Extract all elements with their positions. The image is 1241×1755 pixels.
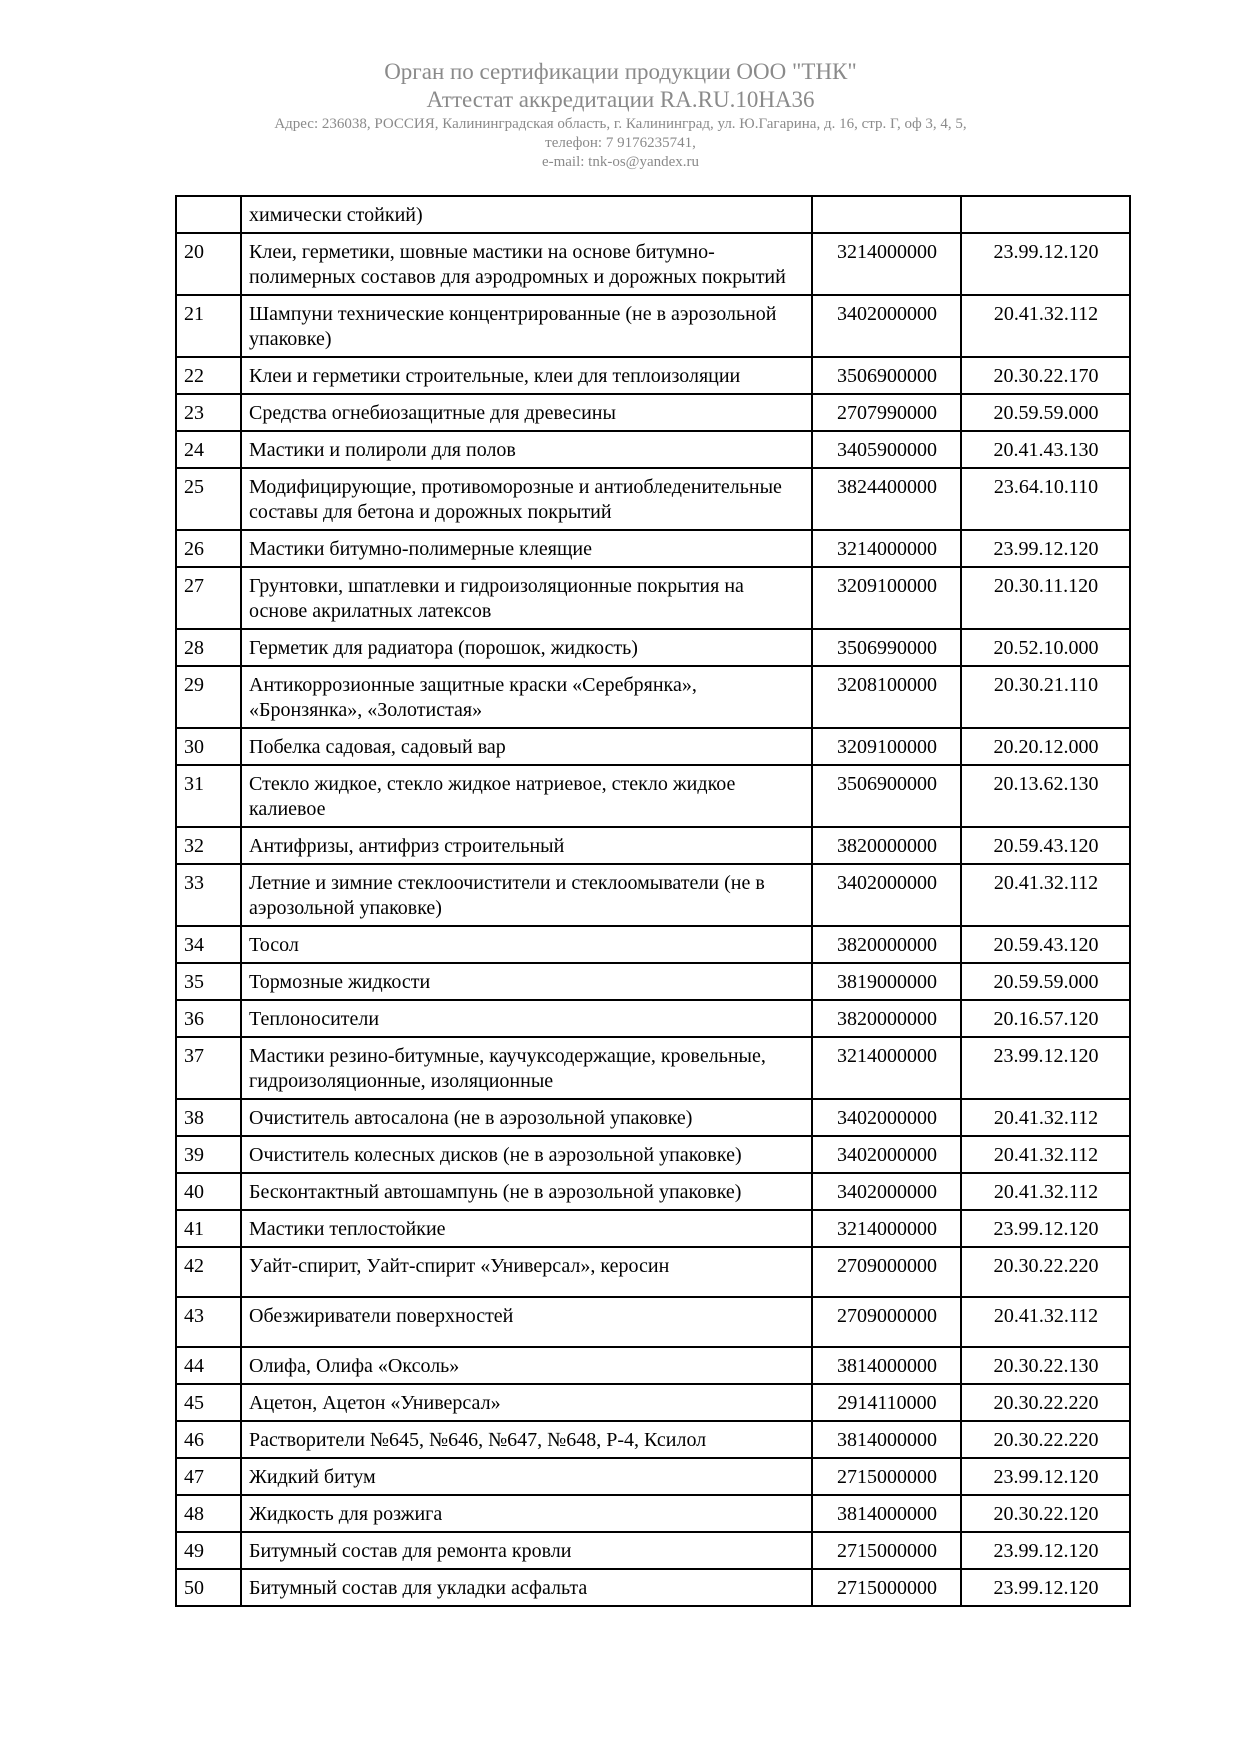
row-number (176, 196, 241, 233)
tnved-code: 3824400000 (812, 468, 961, 530)
row-number: 27 (176, 567, 241, 629)
okpd2-code: 20.59.43.120 (961, 827, 1130, 864)
table-row: 35Тормозные жидкости381900000020.59.59.0… (176, 963, 1130, 1000)
table-row: 28Герметик для радиатора (порошок, жидко… (176, 629, 1130, 666)
row-number: 48 (176, 1495, 241, 1532)
product-name: Мастики теплостойкие (241, 1210, 812, 1247)
okpd2-code: 20.41.32.112 (961, 295, 1130, 357)
okpd2-code: 20.41.32.112 (961, 1099, 1130, 1136)
table-row: 45Ацетон, Ацетон «Универсал»291411000020… (176, 1384, 1130, 1421)
okpd2-code: 20.30.11.120 (961, 567, 1130, 629)
row-number: 34 (176, 926, 241, 963)
okpd2-code: 23.99.12.120 (961, 1037, 1130, 1099)
okpd2-code: 23.99.12.120 (961, 1210, 1130, 1247)
tnved-code: 3814000000 (812, 1495, 961, 1532)
okpd2-code: 23.99.12.120 (961, 1532, 1130, 1569)
row-number: 28 (176, 629, 241, 666)
page-header: Орган по сертификации продукции ООО "ТНК… (0, 58, 1241, 172)
tnved-code (812, 196, 961, 233)
product-name: Очиститель колесных дисков (не в аэрозол… (241, 1136, 812, 1173)
tnved-code: 3214000000 (812, 530, 961, 567)
tnved-code: 3405900000 (812, 431, 961, 468)
okpd2-code: 20.41.43.130 (961, 431, 1130, 468)
okpd2-code: 23.64.10.110 (961, 468, 1130, 530)
product-name: Средства огнебиозащитные для древесины (241, 394, 812, 431)
tnved-code: 3820000000 (812, 827, 961, 864)
tnved-code: 3820000000 (812, 1000, 961, 1037)
table-row: 48Жидкость для розжига381400000020.30.22… (176, 1495, 1130, 1532)
row-number: 24 (176, 431, 241, 468)
row-number: 25 (176, 468, 241, 530)
row-number: 36 (176, 1000, 241, 1037)
product-name: Уайт-спирит, Уайт-спирит «Универсал», ке… (241, 1247, 812, 1297)
product-name: Обезжириватели поверхностей (241, 1297, 812, 1347)
okpd2-code: 20.13.62.130 (961, 765, 1130, 827)
product-name: Клеи и герметики строительные, клеи для … (241, 357, 812, 394)
product-name: Побелка садовая, садовый вар (241, 728, 812, 765)
tnved-code: 3402000000 (812, 1173, 961, 1210)
okpd2-code: 20.30.22.120 (961, 1495, 1130, 1532)
table-row: 46Растворители №645, №646, №647, №648, Р… (176, 1421, 1130, 1458)
product-name: Теплоносители (241, 1000, 812, 1037)
table-row: 41Мастики теплостойкие321400000023.99.12… (176, 1210, 1130, 1247)
table-row: 44Олифа, Олифа «Оксоль»381400000020.30.2… (176, 1347, 1130, 1384)
tnved-code: 3814000000 (812, 1347, 961, 1384)
row-number: 38 (176, 1099, 241, 1136)
product-name: Тормозные жидкости (241, 963, 812, 1000)
product-name: Летние и зимние стеклоочистители и стекл… (241, 864, 812, 926)
table-row: 36Теплоносители382000000020.16.57.120 (176, 1000, 1130, 1037)
tnved-code: 3209100000 (812, 567, 961, 629)
product-name: Олифа, Олифа «Оксоль» (241, 1347, 812, 1384)
table-row: 21Шампуни технические концентрированные … (176, 295, 1130, 357)
row-number: 43 (176, 1297, 241, 1347)
okpd2-code: 20.41.32.112 (961, 1136, 1130, 1173)
product-name: Битумный состав для укладки асфальта (241, 1569, 812, 1606)
product-name: Модифицирующие, противоморозные и антиоб… (241, 468, 812, 530)
product-name: Жидкий битум (241, 1458, 812, 1495)
okpd2-code: 20.30.21.110 (961, 666, 1130, 728)
row-number: 40 (176, 1173, 241, 1210)
row-number: 31 (176, 765, 241, 827)
tnved-code: 3506900000 (812, 765, 961, 827)
phone: телефон: 7 9176235741, (0, 134, 1241, 153)
okpd2-code: 20.59.59.000 (961, 963, 1130, 1000)
table-row: 26Мастики битумно-полимерные клеящие3214… (176, 530, 1130, 567)
tnved-code: 2709000000 (812, 1247, 961, 1297)
tnved-code: 3506900000 (812, 357, 961, 394)
product-name: Клеи, герметики, шовные мастики на основ… (241, 233, 812, 295)
tnved-code: 3820000000 (812, 926, 961, 963)
okpd2-code: 20.30.22.170 (961, 357, 1130, 394)
okpd2-code: 20.30.22.130 (961, 1347, 1130, 1384)
okpd2-code: 20.30.22.220 (961, 1384, 1130, 1421)
product-name: Грунтовки, шпатлевки и гидроизоляционные… (241, 567, 812, 629)
table-row: 42Уайт-спирит, Уайт-спирит «Универсал», … (176, 1247, 1130, 1297)
tnved-code: 2715000000 (812, 1532, 961, 1569)
table-row: 27Грунтовки, шпатлевки и гидроизоляционн… (176, 567, 1130, 629)
product-name: Растворители №645, №646, №647, №648, Р-4… (241, 1421, 812, 1458)
tnved-code: 3819000000 (812, 963, 961, 1000)
row-number: 46 (176, 1421, 241, 1458)
table-row: 23Средства огнебиозащитные для древесины… (176, 394, 1130, 431)
okpd2-code: 20.59.43.120 (961, 926, 1130, 963)
address: Адрес: 236038, РОССИЯ, Калининградская о… (0, 115, 1241, 134)
row-number: 22 (176, 357, 241, 394)
tnved-code: 2707990000 (812, 394, 961, 431)
row-number: 49 (176, 1532, 241, 1569)
row-number: 33 (176, 864, 241, 926)
tnved-code: 3214000000 (812, 233, 961, 295)
accreditation-number: Аттестат аккредитации RA.RU.10НА36 (0, 86, 1241, 113)
table-row: 43Обезжириватели поверхностей27090000002… (176, 1297, 1130, 1347)
row-number: 42 (176, 1247, 241, 1297)
tnved-code: 2914110000 (812, 1384, 961, 1421)
tnved-code: 3402000000 (812, 295, 961, 357)
tnved-code: 3209100000 (812, 728, 961, 765)
product-name: Мастики битумно-полимерные клеящие (241, 530, 812, 567)
table-row: 39Очиститель колесных дисков (не в аэроз… (176, 1136, 1130, 1173)
product-name: Герметик для радиатора (порошок, жидкост… (241, 629, 812, 666)
okpd2-code: 20.41.32.112 (961, 864, 1130, 926)
tnved-code: 3402000000 (812, 1136, 961, 1173)
tnved-code: 2715000000 (812, 1569, 961, 1606)
product-name: Шампуни технические концентрированные (н… (241, 295, 812, 357)
okpd2-code: 23.99.12.120 (961, 530, 1130, 567)
okpd2-code: 20.30.22.220 (961, 1421, 1130, 1458)
tnved-code: 3814000000 (812, 1421, 961, 1458)
table-row: 40Бесконтактный автошампунь (не в аэрозо… (176, 1173, 1130, 1210)
table-row: 30Побелка садовая, садовый вар3209100000… (176, 728, 1130, 765)
okpd2-code: 20.20.12.000 (961, 728, 1130, 765)
row-number: 37 (176, 1037, 241, 1099)
table-row: 20Клеи, герметики, шовные мастики на осн… (176, 233, 1130, 295)
tnved-code: 3402000000 (812, 864, 961, 926)
row-number: 35 (176, 963, 241, 1000)
tnved-code: 3214000000 (812, 1037, 961, 1099)
table-row: 25Модифицирующие, противоморозные и анти… (176, 468, 1130, 530)
okpd2-code: 20.41.32.112 (961, 1297, 1130, 1347)
row-number: 39 (176, 1136, 241, 1173)
okpd2-code: 23.99.12.120 (961, 1569, 1130, 1606)
product-name: Битумный состав для ремонта кровли (241, 1532, 812, 1569)
table-row: 29Антикоррозионные защитные краски «Сере… (176, 666, 1130, 728)
row-number: 23 (176, 394, 241, 431)
row-number: 30 (176, 728, 241, 765)
table-row: 50Битумный состав для укладки асфальта27… (176, 1569, 1130, 1606)
tnved-code: 3208100000 (812, 666, 961, 728)
product-name: Очиститель автосалона (не в аэрозольной … (241, 1099, 812, 1136)
okpd2-code: 20.16.57.120 (961, 1000, 1130, 1037)
product-name: Антикоррозионные защитные краски «Серебр… (241, 666, 812, 728)
row-number: 21 (176, 295, 241, 357)
row-number: 26 (176, 530, 241, 567)
table-row: 37Мастики резино-битумные, каучуксодержа… (176, 1037, 1130, 1099)
table-row: 32Антифризы, антифриз строительный382000… (176, 827, 1130, 864)
product-name: Бесконтактный автошампунь (не в аэрозоль… (241, 1173, 812, 1210)
tnved-code: 3506990000 (812, 629, 961, 666)
okpd2-code: 23.99.12.120 (961, 233, 1130, 295)
table-row: 34Тосол382000000020.59.43.120 (176, 926, 1130, 963)
row-number: 20 (176, 233, 241, 295)
tnved-code: 3402000000 (812, 1099, 961, 1136)
product-name: Антифризы, антифриз строительный (241, 827, 812, 864)
table-row: 31Стекло жидкое, стекло жидкое натриевое… (176, 765, 1130, 827)
table-row: 49Битумный состав для ремонта кровли2715… (176, 1532, 1130, 1569)
row-number: 41 (176, 1210, 241, 1247)
okpd2-code: 20.41.32.112 (961, 1173, 1130, 1210)
row-number: 32 (176, 827, 241, 864)
okpd2-code: 20.30.22.220 (961, 1247, 1130, 1297)
table-row: 47Жидкий битум271500000023.99.12.120 (176, 1458, 1130, 1495)
row-number: 47 (176, 1458, 241, 1495)
row-number: 44 (176, 1347, 241, 1384)
product-name: Ацетон, Ацетон «Универсал» (241, 1384, 812, 1421)
okpd2-code: 20.59.59.000 (961, 394, 1130, 431)
table-row: 38Очиститель автосалона (не в аэрозольно… (176, 1099, 1130, 1136)
row-number: 50 (176, 1569, 241, 1606)
row-number: 45 (176, 1384, 241, 1421)
table-row: 22Клеи и герметики строительные, клеи дл… (176, 357, 1130, 394)
product-name: Стекло жидкое, стекло жидкое натриевое, … (241, 765, 812, 827)
product-name: химически стойкий) (241, 196, 812, 233)
tnved-code: 2715000000 (812, 1458, 961, 1495)
email: e-mail: tnk-os@yandex.ru (0, 153, 1241, 172)
table-row: 24Мастики и полироли для полов3405900000… (176, 431, 1130, 468)
tnved-code: 2709000000 (812, 1297, 961, 1347)
okpd2-code (961, 196, 1130, 233)
okpd2-code: 23.99.12.120 (961, 1458, 1130, 1495)
product-name: Мастики и полироли для полов (241, 431, 812, 468)
table-row-continuation: химически стойкий) (176, 196, 1130, 233)
product-name: Мастики резино-битумные, каучуксодержащи… (241, 1037, 812, 1099)
row-number: 29 (176, 666, 241, 728)
org-name: Орган по сертификации продукции ООО "ТНК… (0, 58, 1241, 86)
table-row: 33Летние и зимние стеклоочистители и сте… (176, 864, 1130, 926)
product-name: Жидкость для розжига (241, 1495, 812, 1532)
okpd2-code: 20.52.10.000 (961, 629, 1130, 666)
product-name: Тосол (241, 926, 812, 963)
tnved-code: 3214000000 (812, 1210, 961, 1247)
products-table: химически стойкий) 20Клеи, герметики, шо… (175, 195, 1131, 1607)
